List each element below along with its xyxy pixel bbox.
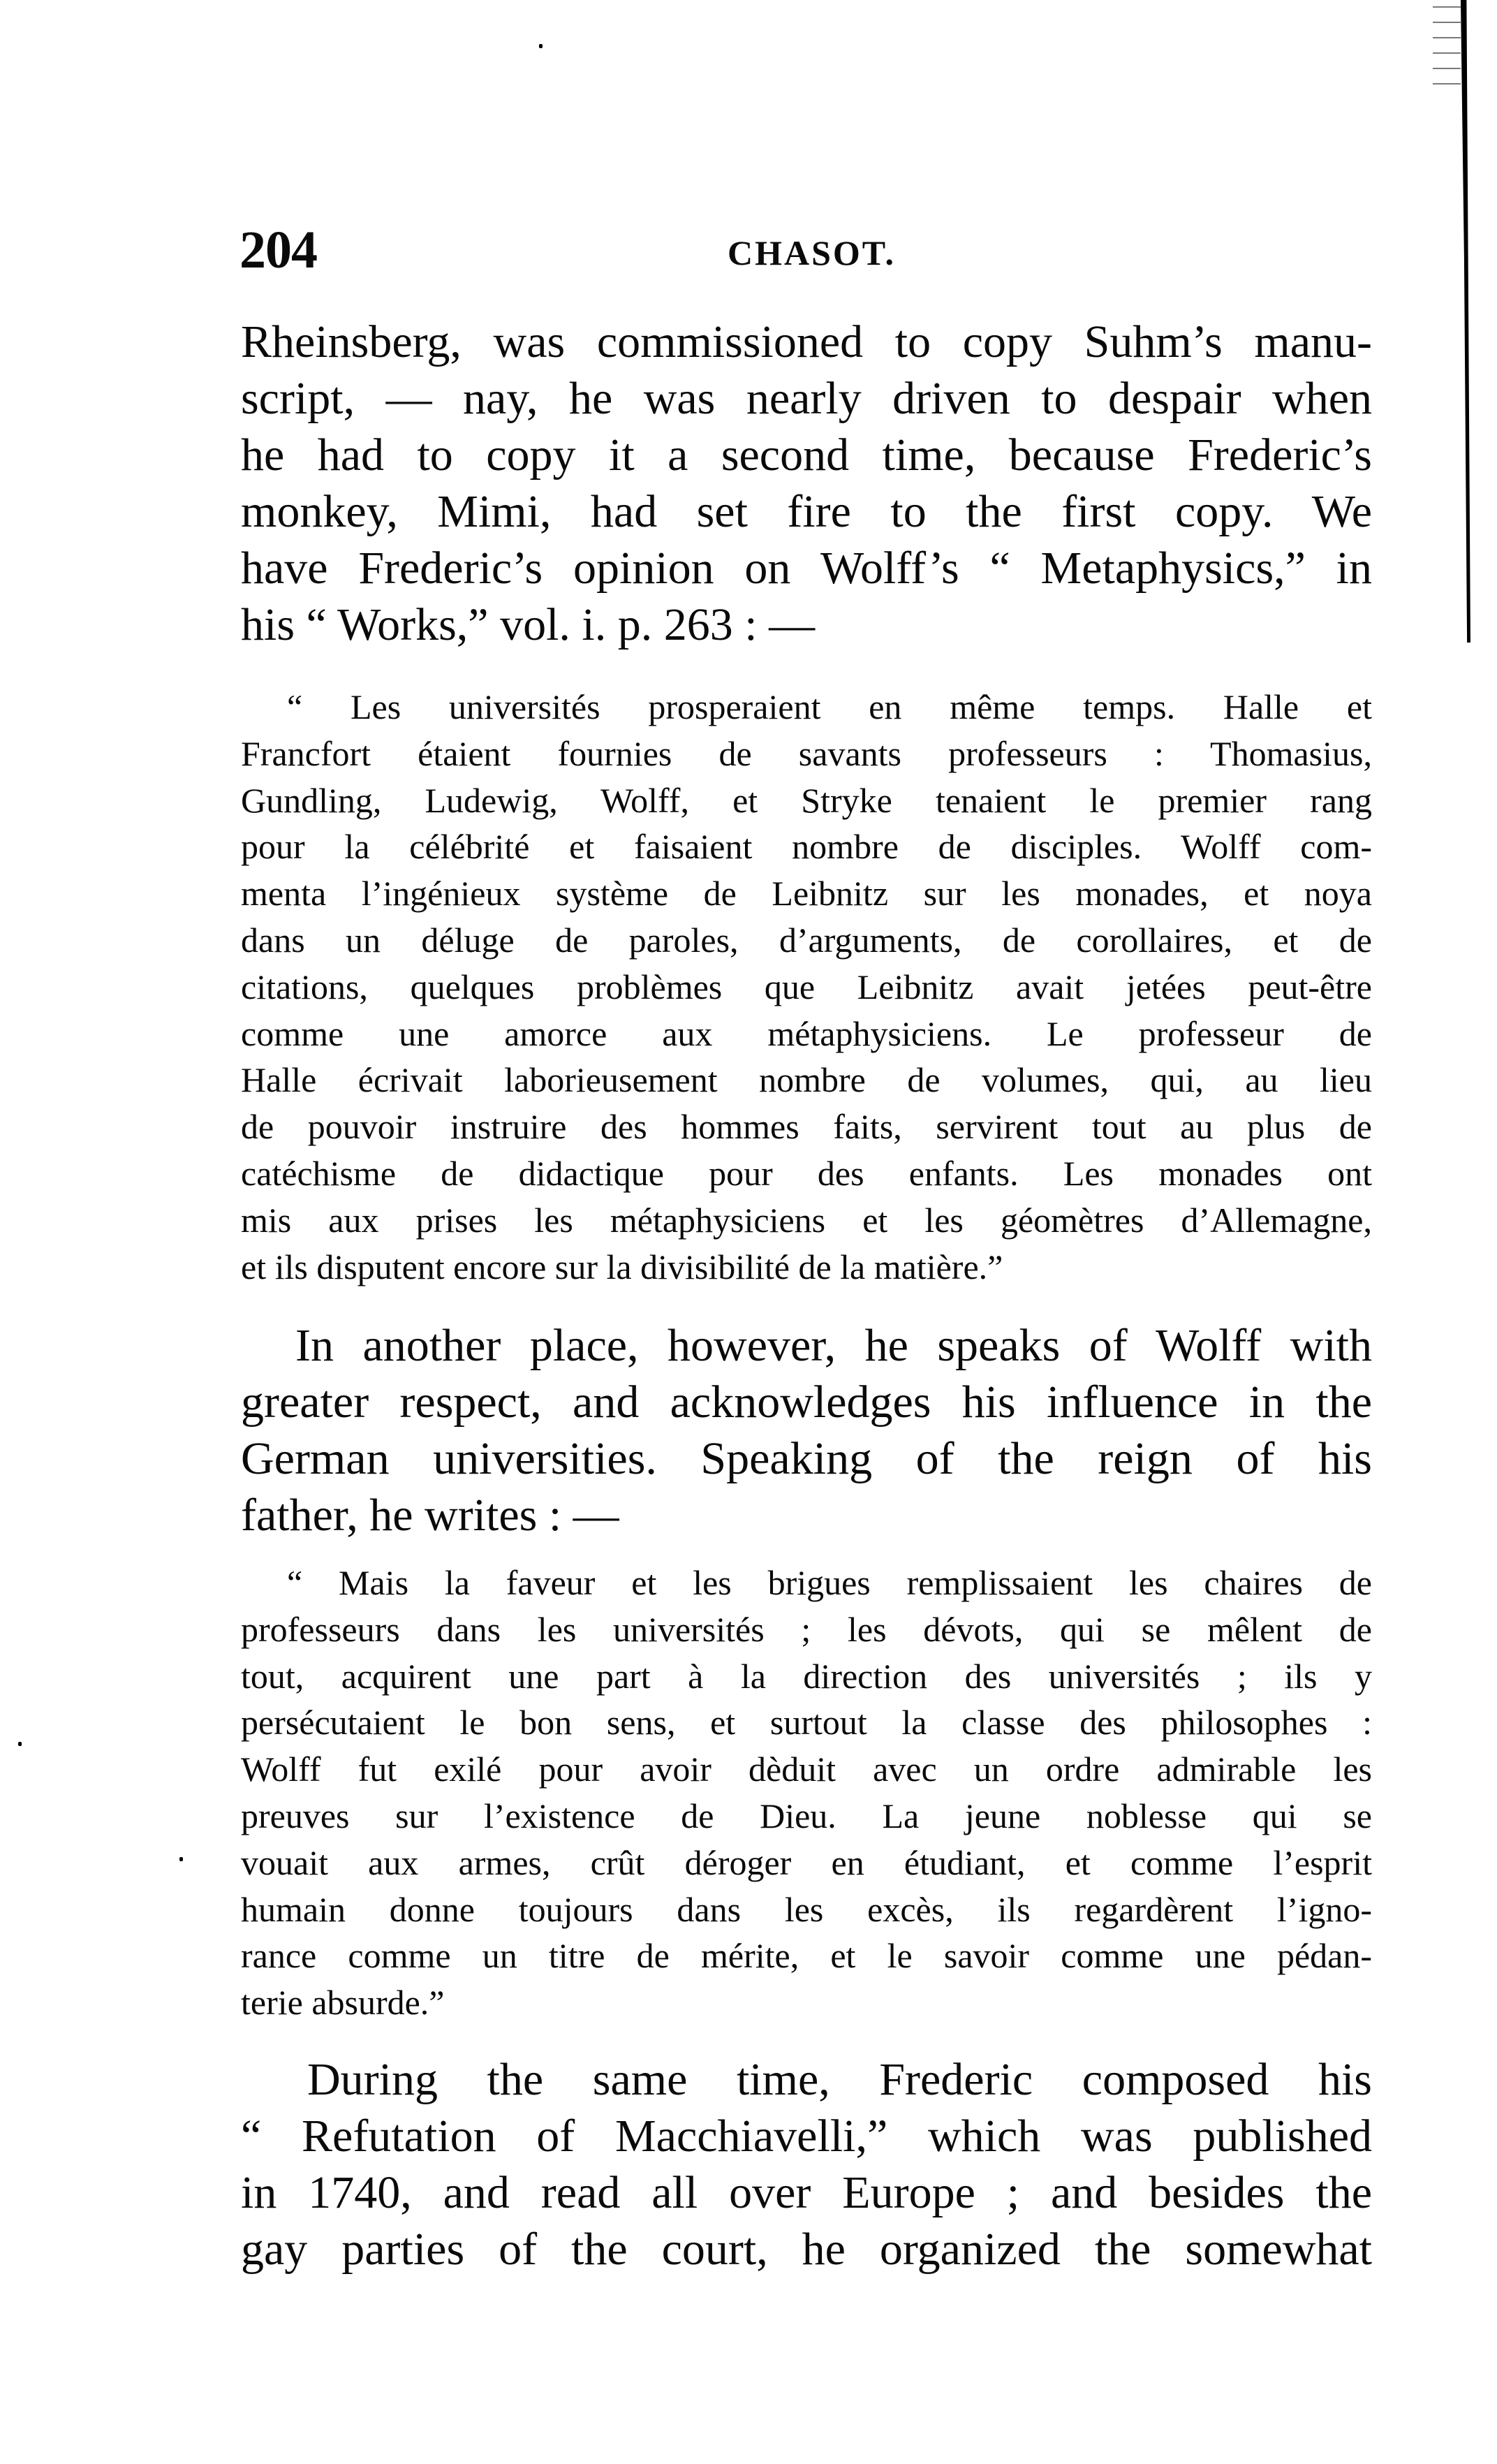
quote-line: citations, quelques problèmes que Leibni… (241, 964, 1372, 1011)
quote-line: et ils disputent encore sur la divisibil… (241, 1244, 1372, 1291)
text-line: greater respect, and acknowledges his in… (241, 1374, 1372, 1430)
text-line: monkey, Mimi, had set fire to the first … (241, 483, 1372, 540)
paragraph-2: In another place, however, he speaks of … (241, 1317, 1372, 1543)
quote-line: persécutaient le bon sens, et surtout la… (241, 1699, 1372, 1746)
quote-line: de pouvoir instruire des hommes faits, s… (241, 1103, 1372, 1150)
quote-line: mis aux prises les métaphysiciens et les… (241, 1197, 1372, 1244)
quote-line: humain donne toujours dans les excès, il… (241, 1886, 1372, 1933)
quote-line: menta l’ingénieux système de Leibnitz su… (241, 870, 1372, 917)
quote-line: catéchisme de didactique pour des enfant… (241, 1150, 1372, 1197)
running-head: 204 CHASOT. (239, 222, 1372, 278)
text-line: he had to copy it a second time, because… (241, 427, 1372, 483)
quote-line: “ Mais la faveur et les brigues rempliss… (241, 1560, 1372, 1606)
quote-line: vouait aux armes, crût déroger en étudia… (241, 1840, 1372, 1886)
text-line: German universities. Speaking of the rei… (241, 1430, 1372, 1487)
quote-line: Francfort étaient fournies de savants pr… (241, 731, 1372, 777)
paragraph-1: Rheinsberg, was commissioned to copy Suh… (241, 314, 1372, 653)
paragraph-3: During the same time, Frederic composed … (241, 2051, 1372, 2278)
quote-line: Halle écrivait laborieusement nombre de … (241, 1057, 1372, 1103)
text-line: Rheinsberg, was commissioned to copy Suh… (241, 314, 1372, 370)
text-line: have Frederic’s opinion on Wolff’s “ Met… (241, 540, 1372, 596)
quote-line: Gundling, Ludewig, Wolff, et Stryke tena… (241, 777, 1372, 824)
block-quote-1: “ Les universités prosperaient en même t… (241, 684, 1372, 1290)
book-page: 204 CHASOT. Rheinsberg, was commissioned… (0, 0, 1497, 2464)
running-title: CHASOT. (728, 232, 896, 274)
quote-line: tout, acquirent une part à la direction … (241, 1653, 1372, 1700)
quote-line: comme une amorce aux métaphysiciens. Le … (241, 1011, 1372, 1057)
text-line: During the same time, Frederic composed … (241, 2051, 1372, 2108)
quote-line: pour la célébrité et faisaient nombre de… (241, 823, 1372, 870)
scan-speck (179, 1857, 183, 1861)
text-line: in 1740, and read all over Europe ; and … (241, 2164, 1372, 2221)
quote-line: terie absurde.” (241, 1979, 1372, 2026)
text-line: his “ Works,” vol. i. p. 263 : — (241, 596, 1372, 653)
text-line: script, — nay, he was nearly driven to d… (241, 370, 1372, 427)
text-line: “ Refutation of Macchiavelli,” which was… (241, 2108, 1372, 2164)
scan-binding-noise (1433, 0, 1461, 98)
quote-line: preuves sur l’existence de Dieu. La jeun… (241, 1793, 1372, 1840)
scan-binding-edge (1461, 0, 1470, 643)
quote-line: “ Les universités prosperaient en même t… (241, 684, 1372, 731)
text-line: In another place, however, he speaks of … (241, 1317, 1372, 1374)
page-number: 204 (239, 222, 317, 278)
scan-speck (18, 1742, 22, 1746)
scan-speck (539, 44, 543, 48)
quote-line: professeurs dans les universités ; les d… (241, 1606, 1372, 1653)
quote-line: Wolff fut exilé pour avoir dèduit avec u… (241, 1746, 1372, 1793)
quote-line: rance comme un titre de mérite, et le sa… (241, 1933, 1372, 1979)
text-line: gay parties of the court, he organized t… (241, 2221, 1372, 2278)
text-line: father, he writes : — (241, 1487, 1372, 1543)
quote-line: dans un déluge de paroles, d’arguments, … (241, 917, 1372, 964)
block-quote-2: “ Mais la faveur et les brigues rempliss… (241, 1560, 1372, 2026)
